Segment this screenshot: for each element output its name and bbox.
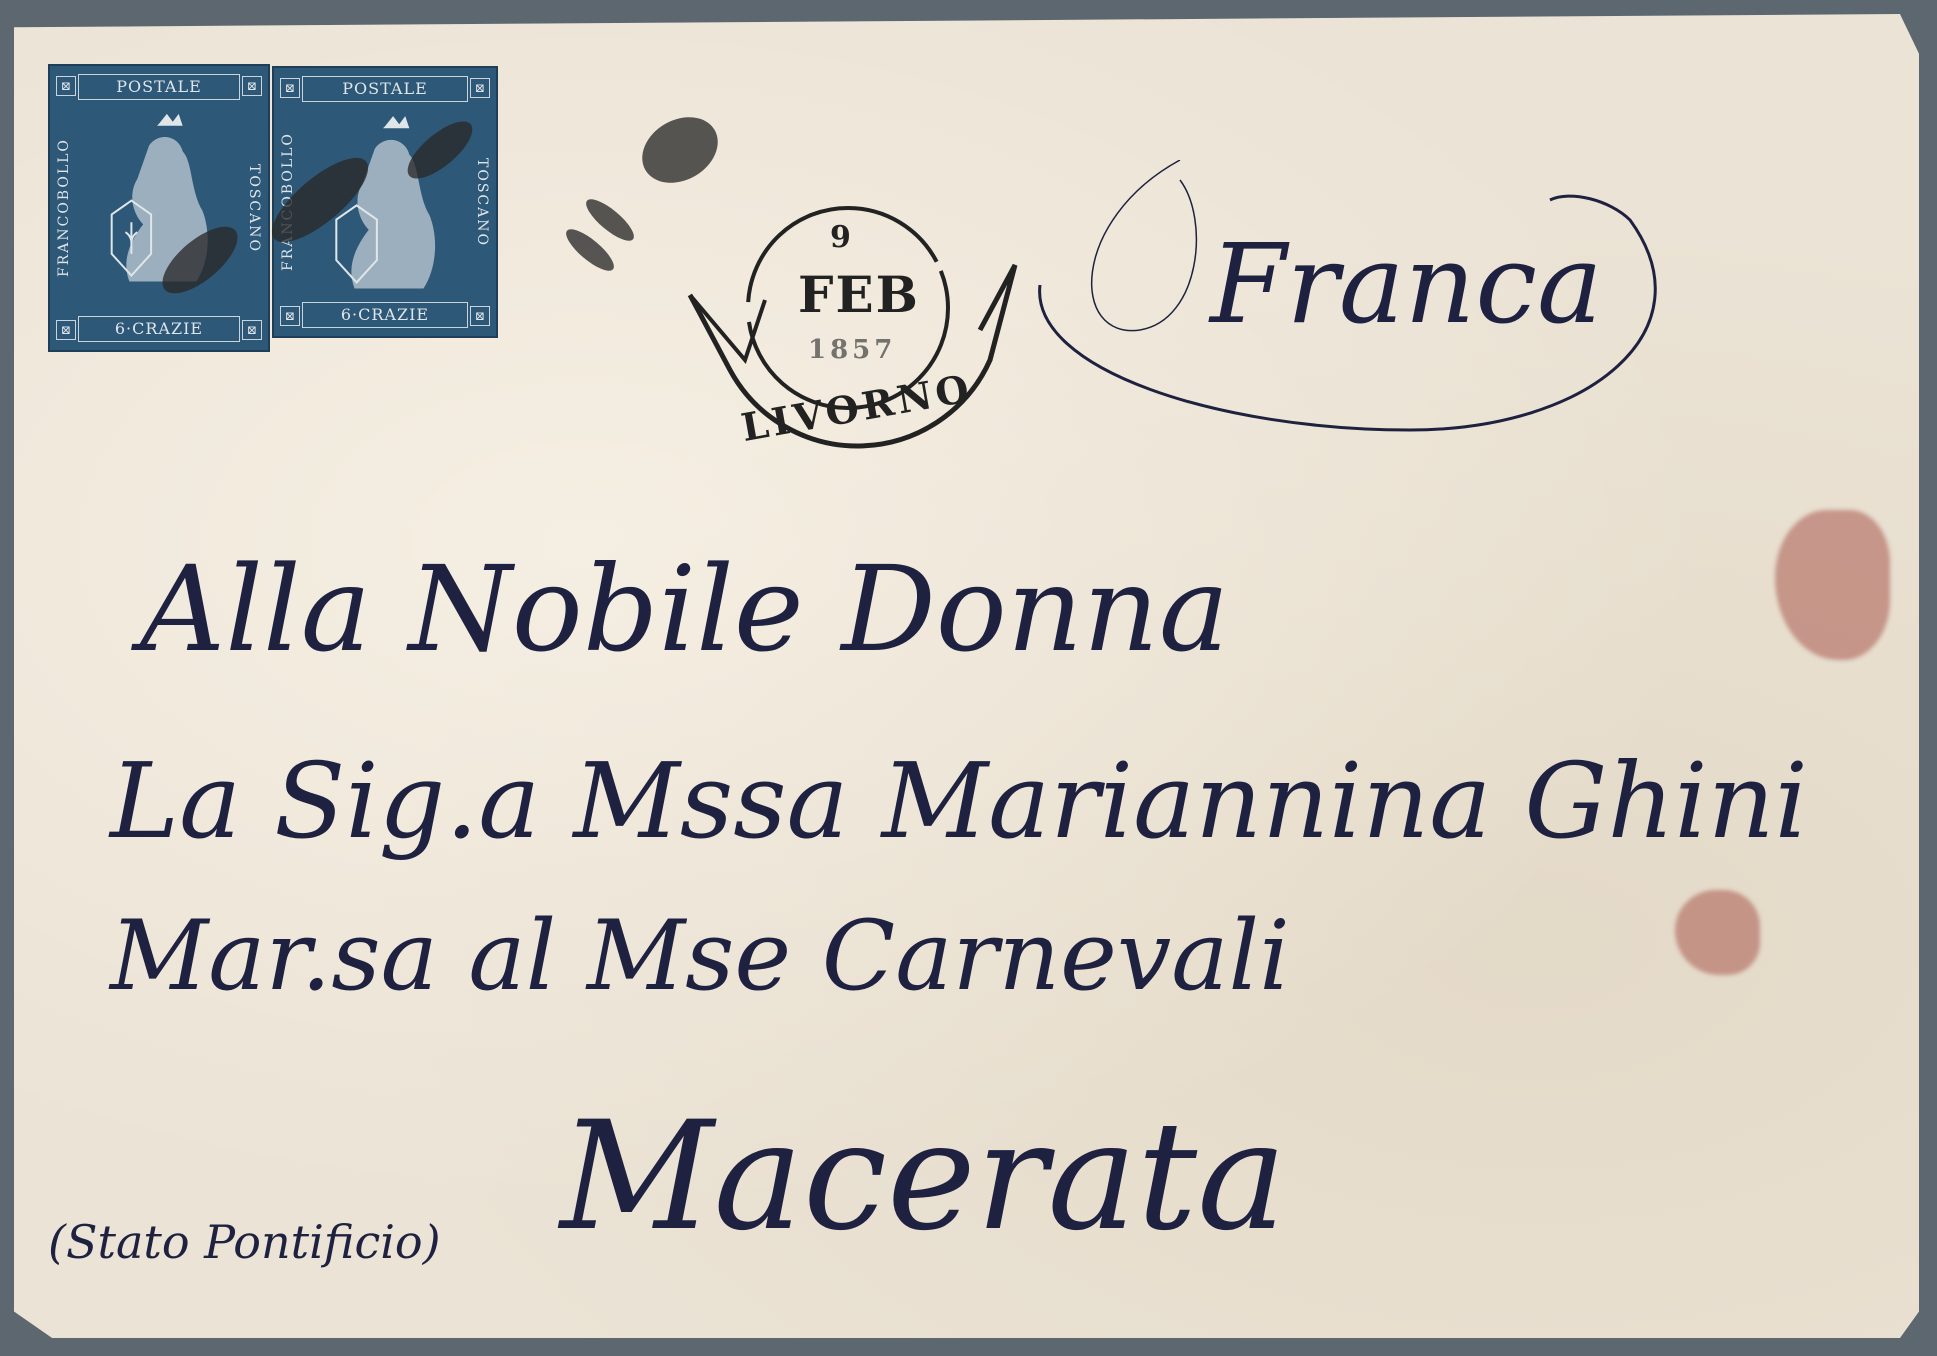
franca-text: Franca — [1210, 220, 1603, 348]
address-city: Macerata — [560, 1090, 1287, 1264]
postmark-month: FEB — [798, 265, 920, 324]
address-line-3: Mar.sa al Mse Carnevali — [110, 900, 1290, 1012]
stamp-left-text: FRANCOBOLLO — [56, 104, 78, 312]
address-line-1: Alla Nobile Donna — [140, 540, 1229, 678]
livorno-postmark: 9 FEB 1857 LIVORNO — [680, 190, 1025, 465]
postmark-year: 1857 — [808, 335, 896, 365]
address-region: (Stato Pontificio) — [48, 1215, 441, 1269]
address-line-2: La Sig.a Mssa Mariannina Ghini — [110, 740, 1808, 862]
stain — [1675, 890, 1760, 975]
postmark-day: 9 — [830, 220, 851, 255]
grid-cancel-mark — [120, 90, 760, 330]
